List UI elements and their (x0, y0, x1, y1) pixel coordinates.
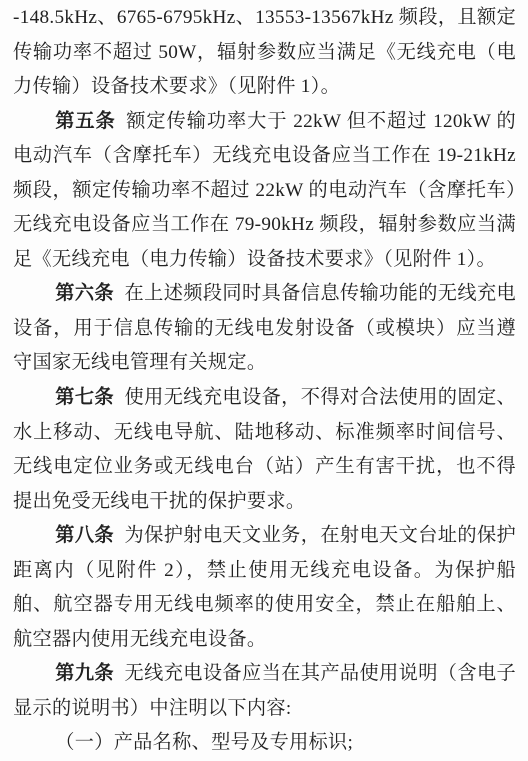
paragraph: 第七条使用无线充电设备，不得对合法使用的固定、水上移动、无线电导航、陆地移动、标… (13, 381, 516, 519)
article-number: 第六条 (55, 283, 114, 304)
article-number: 第九条 (55, 663, 114, 684)
article-number: 第八条 (55, 525, 114, 546)
paragraph: 第五条额定传输功率大于 22kW 但不超过 120kW 的电动汽车（含摩托车）无… (13, 105, 516, 278)
document-body: -148.5kHz、6765-6795kHz、13553-13567kHz 频段… (13, 1, 516, 761)
paragraph-text: （一）产品名称、型号及专用标识; (55, 732, 353, 753)
paragraph: （一）产品名称、型号及专用标识; (13, 726, 516, 761)
paragraph: 第九条无线充电设备应当在其产品使用说明（含电子显示的说明书）中注明以下内容: (13, 657, 516, 726)
paragraph-text: 额定传输功率大于 22kW 但不超过 120kW 的电动汽车（含摩托车）无线充电… (13, 111, 516, 270)
article-number: 第七条 (55, 387, 114, 408)
paragraph: 第六条在上述频段同时具备信息传输功能的无线充电设备，用于信息传输的无线电发射设备… (13, 277, 516, 381)
paragraph: 第八条为保护射电天文业务，在射电天文台址的保护距离内（见附件 2），禁止使用无线… (13, 519, 516, 657)
article-number: 第五条 (55, 111, 115, 132)
document-page: -148.5kHz、6765-6795kHz、13553-13567kHz 频段… (0, 0, 528, 761)
paragraph-text: -148.5kHz、6765-6795kHz、13553-13567kHz 频段… (13, 7, 516, 97)
paragraph: -148.5kHz、6765-6795kHz、13553-13567kHz 频段… (13, 1, 516, 105)
